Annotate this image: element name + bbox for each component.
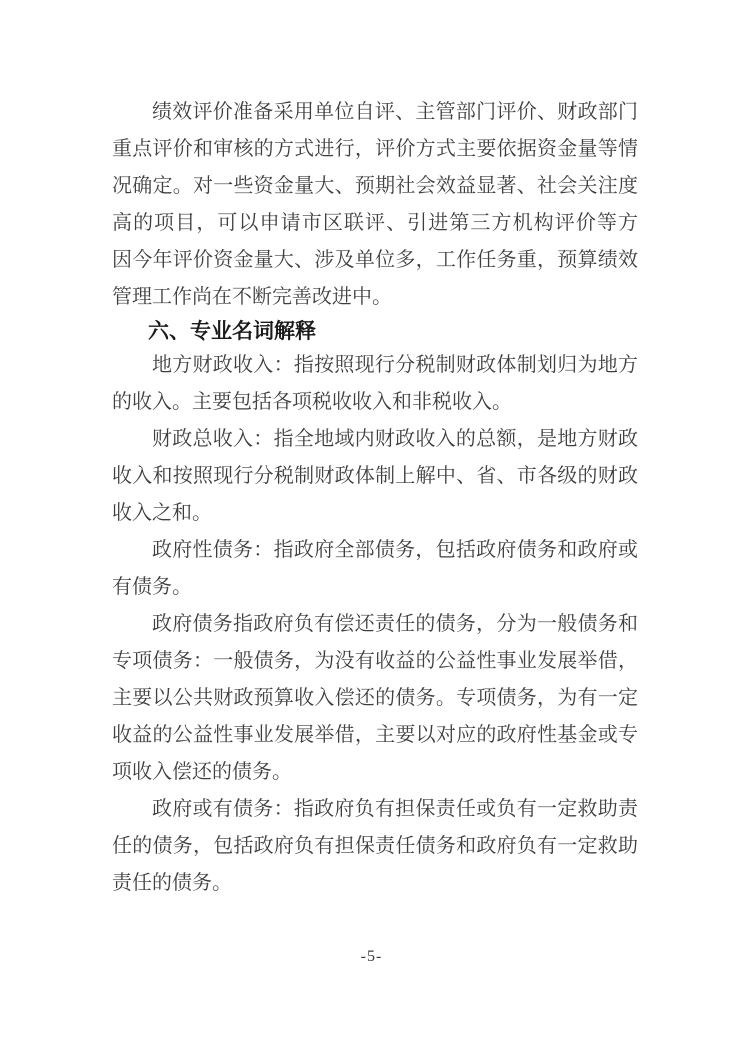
para-governmental-debt: 政府性债务：指政府全部债务，包括政府债务和政府或 有债务。 [112,532,638,606]
text-line: 因今年评价资金量大、涉及单位多，工作任务重，预算绩效 [112,242,638,279]
page-number: -5- [0,948,743,966]
text-line: 任的债务，包括政府负有担保责任债务和政府负有一定救助 [112,828,638,865]
text-line: 况确定。对一些资金量大、预期社会效益显著、社会关注度 [112,168,638,205]
text-line: 政府或有债务：指政府负有担保责任或负有一定救助责 [112,791,638,828]
text-line: 政府性债务：指政府全部债务，包括政府债务和政府或 [112,532,638,569]
text-line: 收益的公益性事业发展举借，主要以对应的政府性基金或专 [112,717,638,754]
para-government-debt-types: 政府债务指政府负有偿还责任的债务，分为一般债务和 专项债务：一般债务，为没有收益… [112,606,638,791]
text-line: 收入和按照现行分税制财政体制上解中、省、市各级的财政 [112,458,638,495]
text-line: 重点评价和审核的方式进行，评价方式主要依据资金量等情 [112,131,638,168]
section-heading-terms: 六、专业名词解释 [112,316,638,347]
text-line: 收入之和。 [112,495,638,532]
para-contingent-debt: 政府或有债务：指政府负有担保责任或负有一定救助责 任的债务，包括政府负有担保责任… [112,791,638,902]
text-line: 高的项目，可以申请市区联评、引进第三方机构评价等方式。 [112,205,638,242]
text-line: 绩效评价准备采用单位自评、主管部门评价、财政部门 [112,94,638,131]
text-line: 主要以公共财政预算收入偿还的债务。专项债务，为有一定 [112,680,638,717]
text-line: 地方财政收入：指按照现行分税制财政体制划归为地方 [112,347,638,384]
text-line: 的收入。主要包括各项税收收入和非税收入。 [112,384,638,421]
text-line: 有债务。 [112,569,638,606]
para-evaluation-method: 绩效评价准备采用单位自评、主管部门评价、财政部门 重点评价和审核的方式进行，评价… [112,94,638,316]
text-line: 政府债务指政府负有偿还责任的债务，分为一般债务和 [112,606,638,643]
text-line: 项收入偿还的债务。 [112,754,638,791]
text-line: 管理工作尚在不断完善改进中。 [112,279,638,316]
para-total-fiscal-revenue: 财政总收入：指全地域内财政收入的总额，是地方财政 收入和按照现行分税制财政体制上… [112,421,638,532]
document-page: 绩效评价准备采用单位自评、主管部门评价、财政部门 重点评价和审核的方式进行，评价… [0,0,743,1052]
document-body: 绩效评价准备采用单位自评、主管部门评价、财政部门 重点评价和审核的方式进行，评价… [112,94,638,902]
para-local-fiscal-revenue: 地方财政收入：指按照现行分税制财政体制划归为地方 的收入。主要包括各项税收收入和… [112,347,638,421]
text-line: 专项债务：一般债务，为没有收益的公益性事业发展举借， [112,643,638,680]
text-line: 财政总收入：指全地域内财政收入的总额，是地方财政 [112,421,638,458]
text-line: 责任的债务。 [112,865,638,902]
